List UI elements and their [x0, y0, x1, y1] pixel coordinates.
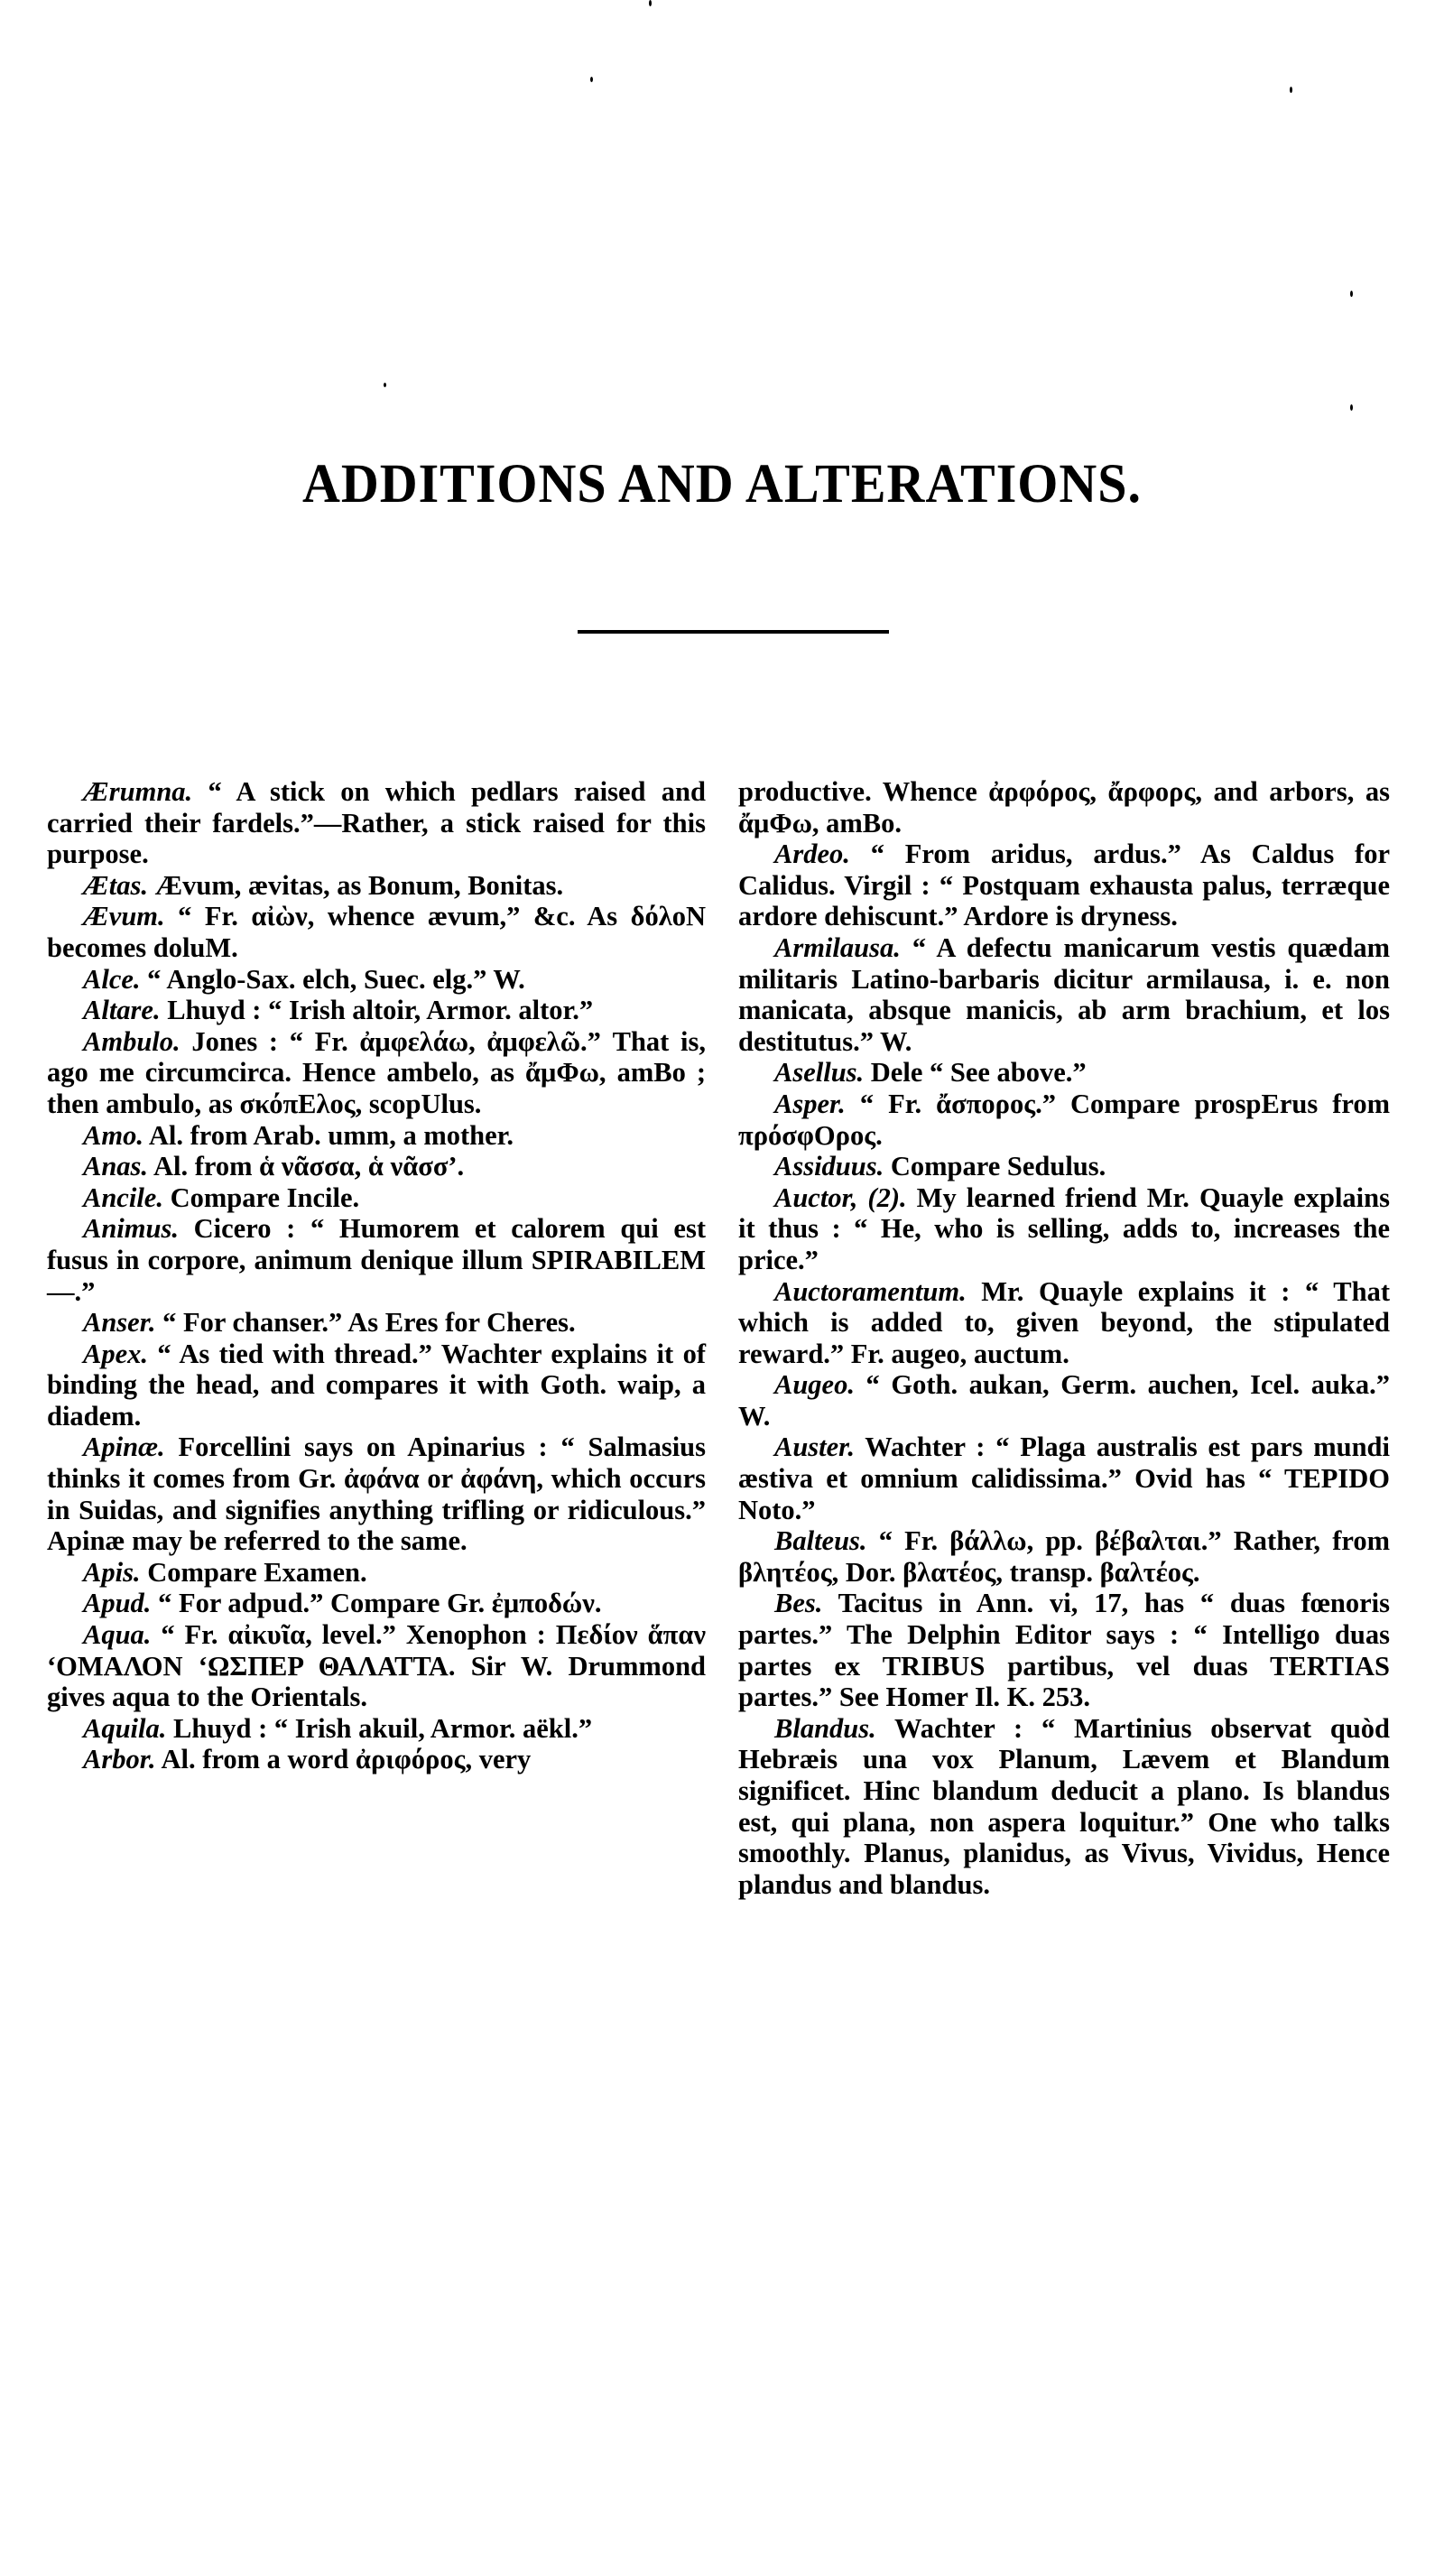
entry-headword: Asper.	[774, 1089, 846, 1119]
entry-headword: Anas.	[83, 1151, 148, 1181]
entry-text: Compare Sedulus.	[884, 1151, 1106, 1181]
entry-text: “ For chanser.” As Eres for Cheres.	[156, 1307, 576, 1338]
entry-apinae: Apinæ. Forcellini says on Apinarius : “ …	[47, 1432, 706, 1556]
entry-text: Compare Incile.	[163, 1182, 359, 1213]
print-speck	[649, 0, 652, 6]
entry-auctoramentum: Auctoramentum. Mr. Quayle explains it : …	[738, 1276, 1390, 1370]
entry-headword: Ancile.	[83, 1182, 163, 1213]
print-speck	[1290, 87, 1292, 93]
entry-animus: Animus. Cicero : “ Humorem et calorem qu…	[47, 1213, 706, 1307]
entry-headword: Amo.	[83, 1120, 143, 1151]
entry-blandus: Blandus. Wachter : “ Martinius observat …	[738, 1713, 1390, 1901]
right-column: productive. Whence ἀρφόρος, ἄρφορς, and …	[738, 776, 1390, 1900]
entry-headword: Animus.	[83, 1213, 179, 1244]
entry-text: Al. from Arab. umm, a mother.	[143, 1120, 514, 1151]
entry-headword: Ambulo.	[83, 1026, 180, 1057]
entry-text: Dele “ See above.”	[864, 1057, 1087, 1088]
entry-arbor: Arbor. Al. from a word ἀριφόρος, very	[47, 1744, 706, 1775]
entry-headword: Ardeo.	[774, 839, 850, 869]
entry-balteus: Balteus. “ Fr. βάλλω, pp. βέβαλται.” Rat…	[738, 1525, 1390, 1588]
entry-text: Lhuyd : “ Irish altoir, Armor. altor.”	[161, 995, 594, 1025]
entry-aquila: Aquila. Lhuyd : “ Irish akuil, Armor. aë…	[47, 1713, 706, 1745]
entry-text: Ævum, ævitas, as Bonum, Bonitas.	[148, 870, 563, 901]
title-divider-rule	[578, 630, 889, 634]
entry-armilausa: Armilausa. “ A defectu manicarum vestis …	[738, 932, 1390, 1057]
entry-headword: Apis.	[83, 1557, 141, 1588]
entry-headword: Balteus.	[774, 1525, 867, 1556]
entry-ambulo: Ambulo. Jones : “ Fr. ἀμφελάω, ἀμφελῶ.” …	[47, 1026, 706, 1120]
entry-text: Tacitus in Ann. vi, 17, has “ duas fœnor…	[738, 1588, 1390, 1712]
entry-anser: Anser. “ For chanser.” As Eres for Chere…	[47, 1307, 706, 1339]
entry-text: Al. from a word ἀριφόρος, very	[156, 1744, 532, 1774]
entry-apis: Apis. Compare Examen.	[47, 1557, 706, 1589]
entry-headword: Auctor, (2).	[774, 1182, 907, 1213]
entry-ardeo: Ardeo. “ From aridus, ardus.” As Caldus …	[738, 839, 1390, 932]
entry-headword: Bes.	[774, 1588, 822, 1618]
entry-headword: Augeo.	[774, 1369, 855, 1400]
entry-text: “ For adpud.” Compare Gr. ἐμποδών.	[151, 1588, 601, 1618]
print-speck	[590, 77, 593, 82]
entry-headword: Apinæ.	[83, 1432, 165, 1462]
entry-auster: Auster. Wachter : “ Plaga australis est …	[738, 1432, 1390, 1525]
entry-ancile: Ancile. Compare Incile.	[47, 1182, 706, 1214]
entry-asellus: Asellus. Dele “ See above.”	[738, 1057, 1390, 1089]
entry-headword: Aqua.	[83, 1619, 151, 1650]
print-speck	[1350, 404, 1353, 411]
entry-headword: Ætas.	[83, 870, 148, 901]
entry-headword: Auctoramentum.	[774, 1276, 967, 1307]
entry-altare: Altare. Lhuyd : “ Irish altoir, Armor. a…	[47, 995, 706, 1026]
entry-alce: Alce. “ Anglo-Sax. elch, Suec. elg.” W.	[47, 964, 706, 996]
entry-aqua: Aqua. “ Fr. αἰκυῖα, level.” Xenophon : Π…	[47, 1619, 706, 1713]
entry-aevum: Ævum. “ Fr. αἰὼν, whence ævum,” &c. As δ…	[47, 901, 706, 963]
entry-aetas: Ætas. Ævum, ævitas, as Bonum, Bonitas.	[47, 870, 706, 902]
entry-headword: Asellus.	[774, 1057, 864, 1088]
entry-text: “ Anglo-Sax. elch, Suec. elg.” W.	[141, 964, 525, 995]
entry-asper: Asper. “ Fr. ἄσπορος.” Compare prospErus…	[738, 1089, 1390, 1151]
entry-text: Al. from ἁ νᾶσσα, ἁ νᾶσσ’.	[148, 1151, 464, 1181]
entry-bes: Bes. Tacitus in Ann. vi, 17, has “ duas …	[738, 1588, 1390, 1712]
entry-text: Lhuyd : “ Irish akuil, Armor. aëkl.”	[166, 1713, 592, 1744]
entry-arbor-continuation: productive. Whence ἀρφόρος, ἄρφορς, and …	[738, 776, 1390, 839]
entry-apex: Apex. “ As tied with thread.” Wachter ex…	[47, 1339, 706, 1432]
entry-headword: Altare.	[83, 995, 161, 1025]
entry-headword: Aquila.	[83, 1713, 166, 1744]
entry-assiduus: Assiduus. Compare Sedulus.	[738, 1151, 1390, 1182]
entry-headword: Ærumna.	[83, 776, 192, 807]
print-speck	[384, 383, 386, 387]
entry-apud: Apud. “ For adpud.” Compare Gr. ἐμποδών.	[47, 1588, 706, 1619]
entry-headword: Alce.	[83, 964, 141, 995]
entry-aerumna: Ærumna. “ A stick on which pedlars raise…	[47, 776, 706, 870]
entry-augeo: Augeo. “ Goth. aukan, Germ. auchen, Icel…	[738, 1369, 1390, 1432]
entry-headword: Auster.	[774, 1432, 855, 1462]
entry-headword: Assiduus.	[774, 1151, 884, 1181]
page-title: ADDITIONS AND ALTERATIONS.	[0, 450, 1444, 517]
entry-text: Compare Examen.	[141, 1557, 367, 1588]
entry-headword: Apud.	[83, 1588, 151, 1618]
entry-headword: Arbor.	[83, 1744, 156, 1774]
entry-auctor: Auctor, (2). My learned friend Mr. Quayl…	[738, 1182, 1390, 1276]
left-column: Ærumna. “ A stick on which pedlars raise…	[47, 776, 706, 1775]
print-speck	[1350, 291, 1353, 297]
entry-headword: Anser.	[83, 1307, 156, 1338]
entry-amo: Amo. Al. from Arab. umm, a mother.	[47, 1120, 706, 1152]
entry-headword: Blandus.	[774, 1713, 876, 1744]
entry-anas: Anas. Al. from ἁ νᾶσσα, ἁ νᾶσσ’.	[47, 1151, 706, 1182]
entry-headword: Armilausa.	[774, 932, 901, 963]
entry-headword: Apex.	[83, 1339, 148, 1369]
entry-headword: Ævum.	[83, 901, 165, 931]
